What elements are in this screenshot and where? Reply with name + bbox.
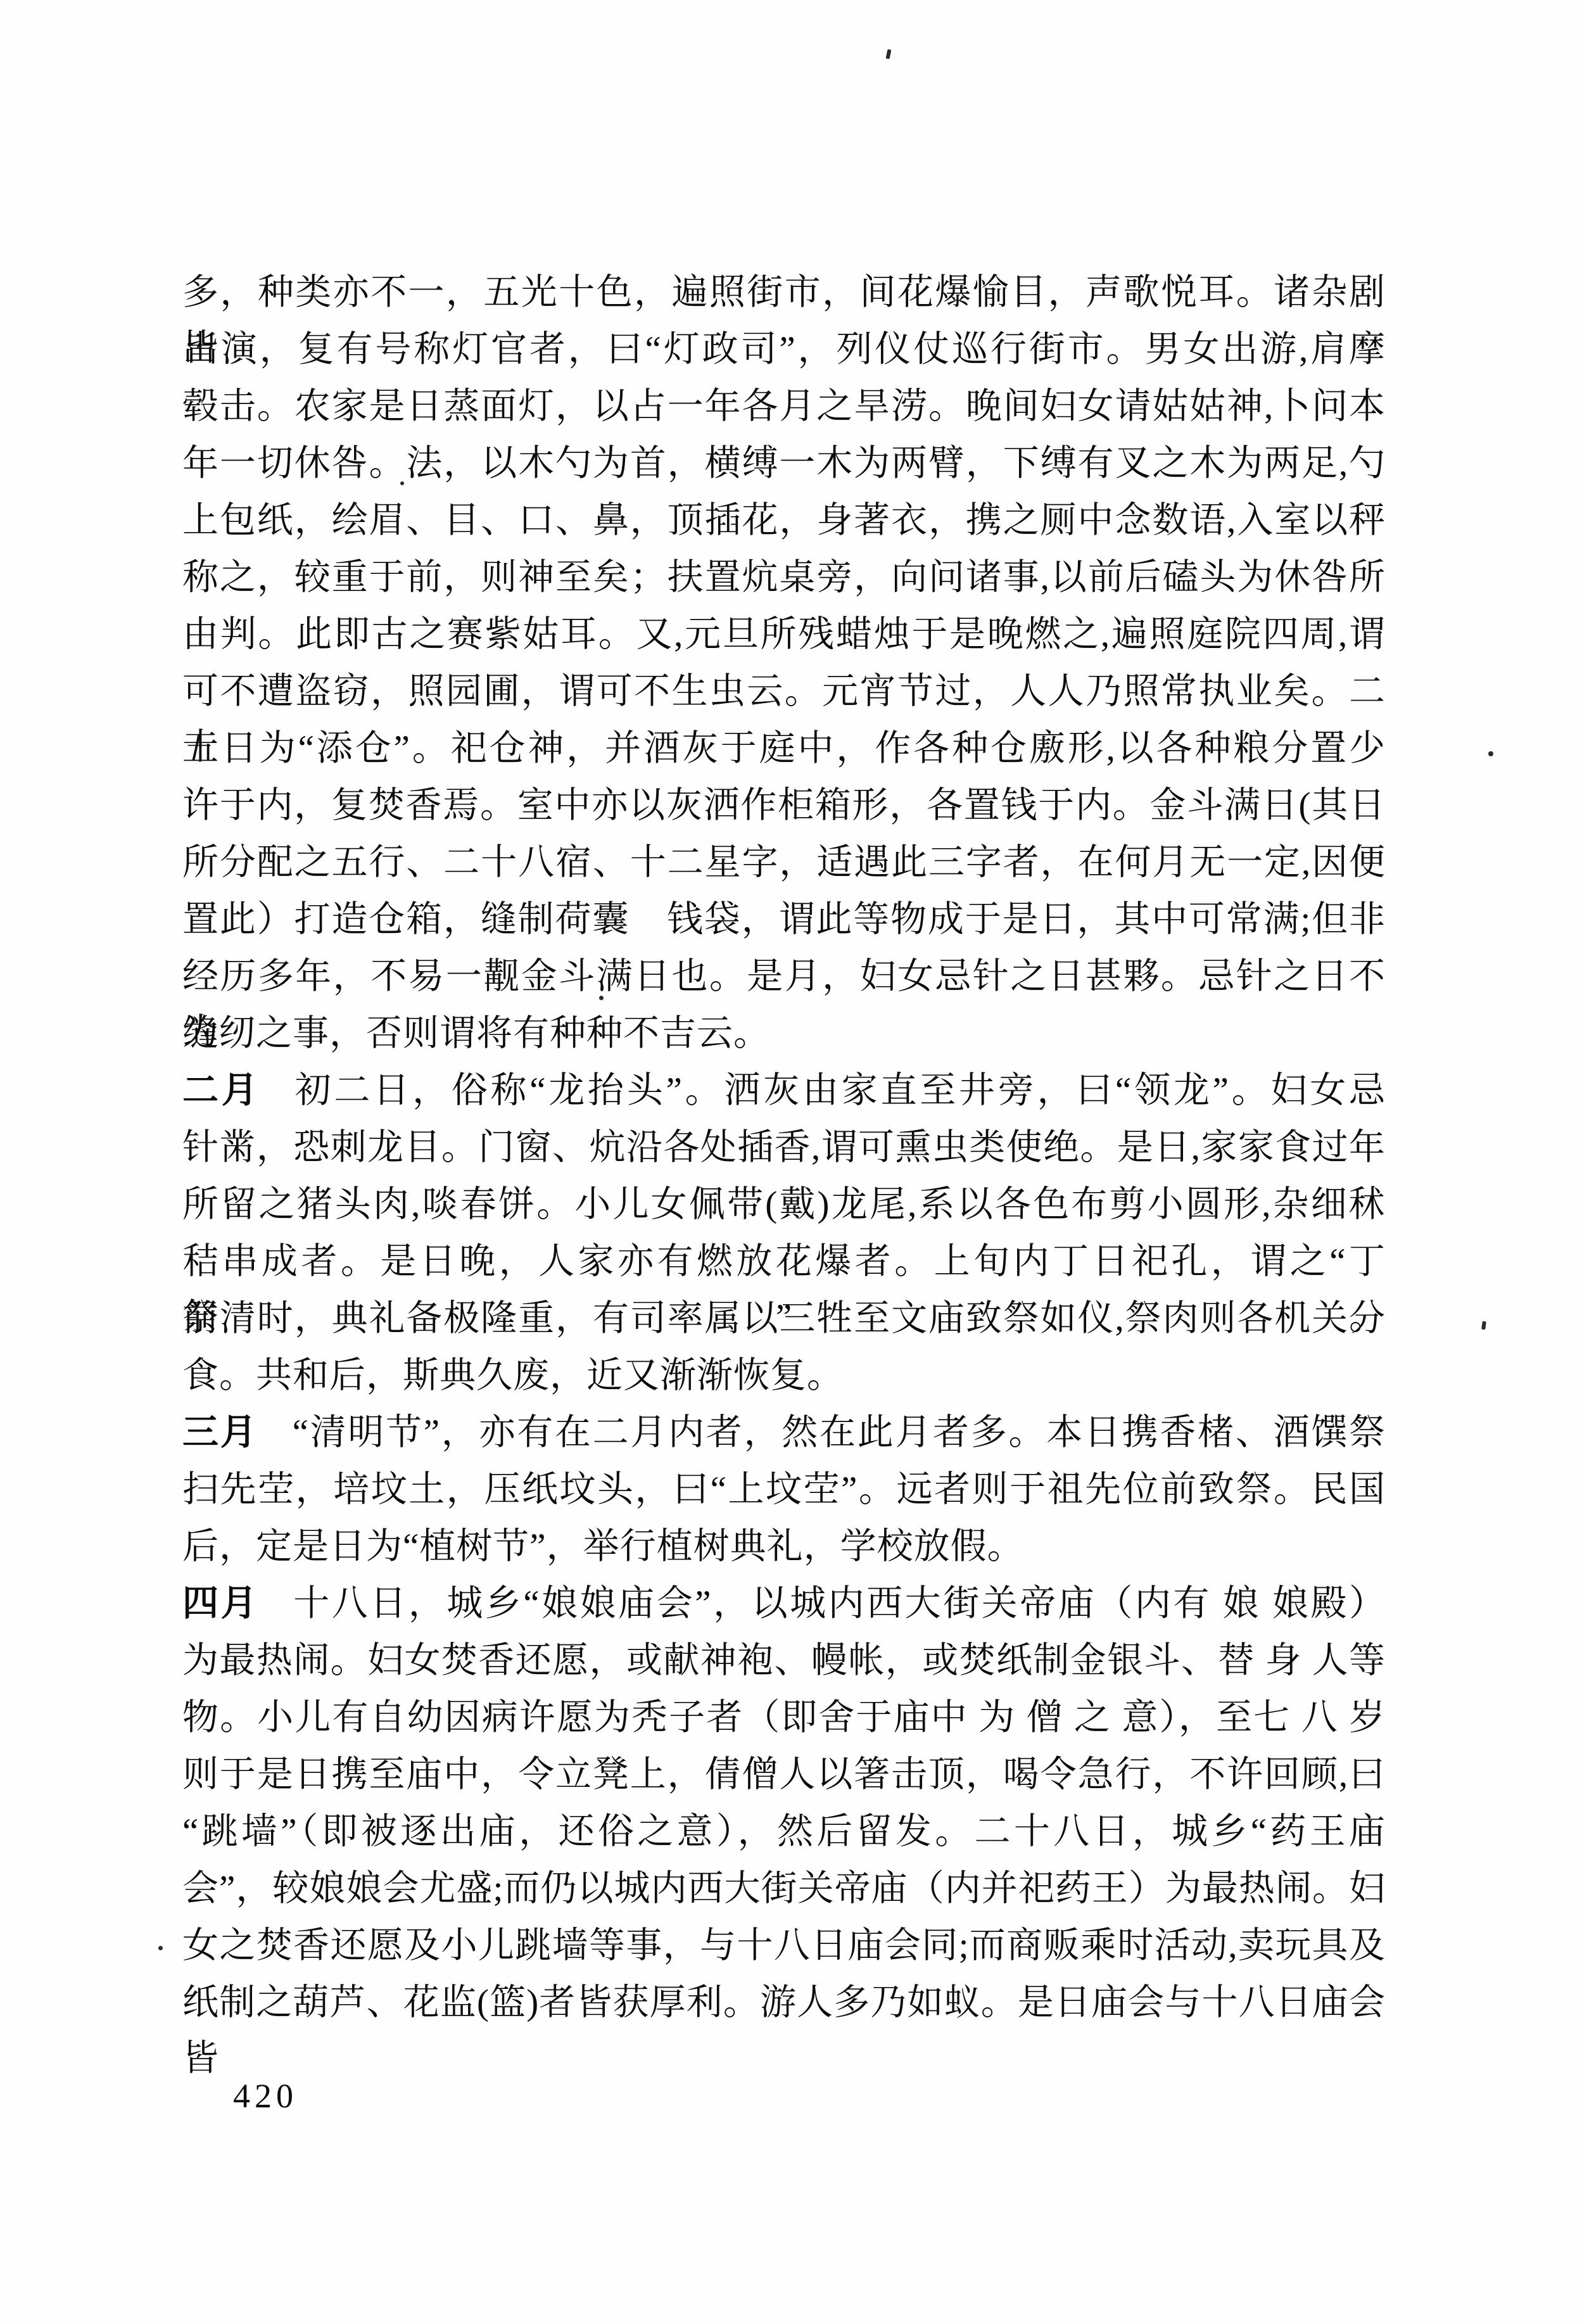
line-text: 初二日，俗称“龙抬头”。洒灰由家直至井旁，曰“领龙”。妇女忌: [295, 1070, 1386, 1110]
page-text: 多，种类亦不一，五光十色，遍照街市，间花爆愉目，声歌悦耳。诸杂剧皆出演，复有号称…: [182, 265, 1386, 2032]
line-text: “跳墙”（即被逐出庙，还俗之意），然后留发。二十八日，城乡“药王庙: [182, 1812, 1386, 1851]
text-line: 秸串成者。是日晚，人家亦有燃放花爆者。上旬内丁日祀孔，谓之“丁祭”。: [182, 1234, 1386, 1291]
line-text: 则于是日携至庙中，令立凳上，倩僧人以箸击顶，喝令急行，不许回顾,曰: [182, 1755, 1386, 1794]
text-line: 针黹，恐刺龙目。门窗、炕沿各处插香,谓可熏虫类使绝。是日,家家食过年: [182, 1120, 1386, 1177]
line-text: 置此）打造仓箱，缝制荷囊 钱袋，谓此等物成于是日，其中可常满;但非: [182, 899, 1386, 939]
text-line: 可不遭盗窃，照园圃，谓可不生虫云。元宵节过，人人乃照常执业矣。二十: [182, 664, 1386, 721]
line-text: 出演，复有号称灯官者，曰“灯政司”，列仪仗巡行街市。男女出游,肩摩: [182, 329, 1386, 369]
text-line: 四月十八日，城乡“娘娘庙会”，以城内西大街关帝庙（内有 娘 娘殿）: [182, 1576, 1386, 1633]
text-line: 置此）打造仓箱，缝制荷囊 钱袋，谓此等物成于是日，其中可常满;但非: [182, 892, 1386, 949]
line-text: 食。共和后，斯典久废，近又渐渐恢复。: [182, 1356, 844, 1395]
line-text: 五日为“添仓”。祀仓神，并酒灰于庭中，作各种仓廒形,以各种粮分置少: [182, 728, 1386, 768]
line-text: “清明节”，亦有在二月内者，然在此月者多。本日携香楮、酒馔祭: [293, 1413, 1386, 1452]
month-header: 三月: [182, 1413, 258, 1452]
text-line: 所留之猪头肉,啖春饼。小儿女佩带(戴)龙尾,系以各色布剪小圆形,杂细秫: [182, 1177, 1386, 1234]
line-text: 年一切休咎。法，以木勺为首，横缚一木为两臂，下缚有叉之木为两足,勺: [182, 443, 1386, 483]
text-line: 所分配之五行、二十八宿、十二星字，适遇此三字者，在何月无一定,因便: [182, 835, 1386, 892]
line-text: 后，定是日为“植树节”，举行植树典礼，学校放假。: [182, 1527, 1024, 1566]
scan-speck: [400, 481, 404, 485]
text-line: 女之焚香还愿及小儿跳墙等事，与十八日庙会同;而商贩乘时活动,卖玩具及: [182, 1918, 1386, 1975]
text-line: 食。共和后，斯典久废，近又渐渐恢复。: [182, 1348, 1386, 1405]
text-line: 多，种类亦不一，五光十色，遍照街市，间花爆愉目，声歌悦耳。诸杂剧皆: [182, 265, 1386, 322]
scan-speck: [158, 1946, 163, 1950]
text-line: 为最热闹。妇女焚香还愿，或献神袍、幔帐，或焚纸制金银斗、替 身 人等: [182, 1633, 1386, 1690]
line-text: 纸制之葫芦、花监(篮)者皆获厚利。游人多乃如蚁。是日庙会与十八日庙会皆: [182, 1983, 1386, 2078]
text-line: 毂击。农家是日蒸面灯，以占一年各月之旱涝。晚间妇女请姑姑神,卜问本: [182, 379, 1386, 436]
scan-speck: [1488, 751, 1493, 756]
book-page: 多，种类亦不一，五光十色，遍照街市，间花爆愉目，声歌悦耳。诸杂剧皆出演，复有号称…: [0, 0, 1582, 2324]
line-text: 缝纫之事，否则谓将有种种不吉云。: [182, 1013, 770, 1053]
text-line: 三月“清明节”，亦有在二月内者，然在此月者多。本日携香楮、酒馔祭: [182, 1405, 1386, 1462]
text-line: 五日为“添仓”。祀仓神，并酒灰于庭中，作各种仓廒形,以各种粮分置少: [182, 721, 1386, 778]
text-line: 缝纫之事，否则谓将有种种不吉云。: [182, 1006, 1386, 1063]
text-line: 纸制之葫芦、花监(篮)者皆获厚利。游人多乃如蚁。是日庙会与十八日庙会皆: [182, 1975, 1386, 2032]
text-line: 物。小儿有自幼因病许愿为秃子者（即舍于庙中 为 僧 之 意），至七 八 岁: [182, 1690, 1386, 1747]
page-number: 420: [233, 2076, 298, 2116]
line-text: 扫先茔，培坟土，压纸坟头，曰“上坟茔”。远者则于祖先位前致祭。民国: [182, 1470, 1386, 1509]
text-line: 前清时，典礼备极隆重，有司率属以三牲至文庙致祭如仪,祭肉则各机关分: [182, 1291, 1386, 1348]
text-line: 后，定是日为“植树节”，举行植树典礼，学校放假。: [182, 1519, 1386, 1576]
month-header: 四月: [182, 1584, 259, 1623]
line-text: 为最热闹。妇女焚香还愿，或献神袍、幔帐，或焚纸制金银斗、替 身 人等: [182, 1641, 1386, 1680]
line-text: 针黹，恐刺龙目。门窗、炕沿各处插香,谓可熏虫类使绝。是日,家家食过年: [182, 1127, 1386, 1167]
line-text: 上包纸，绘眉、目、口、鼻，顶插花，身著衣，携之厕中念数语,入室以秤: [182, 500, 1386, 540]
line-text: 所分配之五行、二十八宿、十二星字，适遇此三字者，在何月无一定,因便: [182, 842, 1386, 882]
text-line: 由判。此即古之赛紫姑耳。又,元旦所残蜡烛于是晚燃之,遍照庭院四周,谓: [182, 607, 1386, 664]
text-line: 经历多年，不易一觏金斗满日也。是月，妇女忌针之日甚夥。忌针之日不为: [182, 949, 1386, 1006]
text-line: “跳墙”（即被逐出庙，还俗之意），然后留发。二十八日，城乡“药王庙: [182, 1804, 1386, 1861]
line-text: 物。小儿有自幼因病许愿为秃子者（即舍于庙中 为 僧 之 意），至七 八 岁: [182, 1698, 1386, 1737]
line-text: 所留之猪头肉,啖春饼。小儿女佩带(戴)龙尾,系以各色布剪小圆形,杂细秫: [182, 1184, 1386, 1224]
text-line: 则于是日携至庙中，令立凳上，倩僧人以箸击顶，喝令急行，不许回顾,曰: [182, 1747, 1386, 1804]
line-text: 女之焚香还愿及小儿跳墙等事，与十八日庙会同;而商贩乘时活动,卖玩具及: [182, 1926, 1386, 1965]
text-line: 年一切休咎。法，以木勺为首，横缚一木为两臂，下缚有叉之木为两足,勺: [182, 436, 1386, 493]
text-line: 上包纸，绘眉、目、口、鼻，顶插花，身著衣，携之厕中念数语,入室以秤: [182, 493, 1386, 550]
line-text: 称之，较重于前，则神至矣；扶置炕桌旁，向问诸事,以前后磕头为休咎所: [182, 557, 1386, 597]
line-text: 会”，较娘娘会尤盛;而仍以城内西大街关帝庙（内并祀药王）为最热闹。妇: [182, 1869, 1386, 1908]
text-line: 许于内，复焚香焉。室中亦以灰洒作柜箱形，各置钱于内。金斗满日(其日: [182, 778, 1386, 835]
text-line: 称之，较重于前，则神至矣；扶置炕桌旁，向问诸事,以前后磕头为休咎所: [182, 550, 1386, 607]
text-line: 出演，复有号称灯官者，曰“灯政司”，列仪仗巡行街市。男女出游,肩摩: [182, 322, 1386, 379]
text-line: 扫先茔，培坟土，压纸坟头，曰“上坟茔”。远者则于祖先位前致祭。民国: [182, 1462, 1386, 1519]
line-text: 由判。此即古之赛紫姑耳。又,元旦所残蜡烛于是晚燃之,遍照庭院四周,谓: [182, 614, 1386, 654]
text-line: 二月初二日，俗称“龙抬头”。洒灰由家直至井旁，曰“领龙”。妇女忌: [182, 1063, 1386, 1120]
line-text: 许于内，复焚香焉。室中亦以灰洒作柜箱形，各置钱于内。金斗满日(其日: [182, 785, 1386, 825]
text-line: 会”，较娘娘会尤盛;而仍以城内西大街关帝庙（内并祀药王）为最热闹。妇: [182, 1861, 1386, 1918]
scan-speck: [1481, 1321, 1486, 1330]
line-text: 十八日，城乡“娘娘庙会”，以城内西大街关帝庙（内有 娘 娘殿）: [293, 1584, 1386, 1623]
scan-speck: [599, 996, 604, 1000]
scan-speck: [886, 49, 892, 60]
line-text: 前清时，典礼备极隆重，有司率属以三牲至文庙致祭如仪,祭肉则各机关分: [182, 1299, 1386, 1338]
month-header: 二月: [182, 1070, 261, 1110]
line-text: 毂击。农家是日蒸面灯，以占一年各月之旱涝。晚间妇女请姑姑神,卜问本: [182, 386, 1386, 426]
